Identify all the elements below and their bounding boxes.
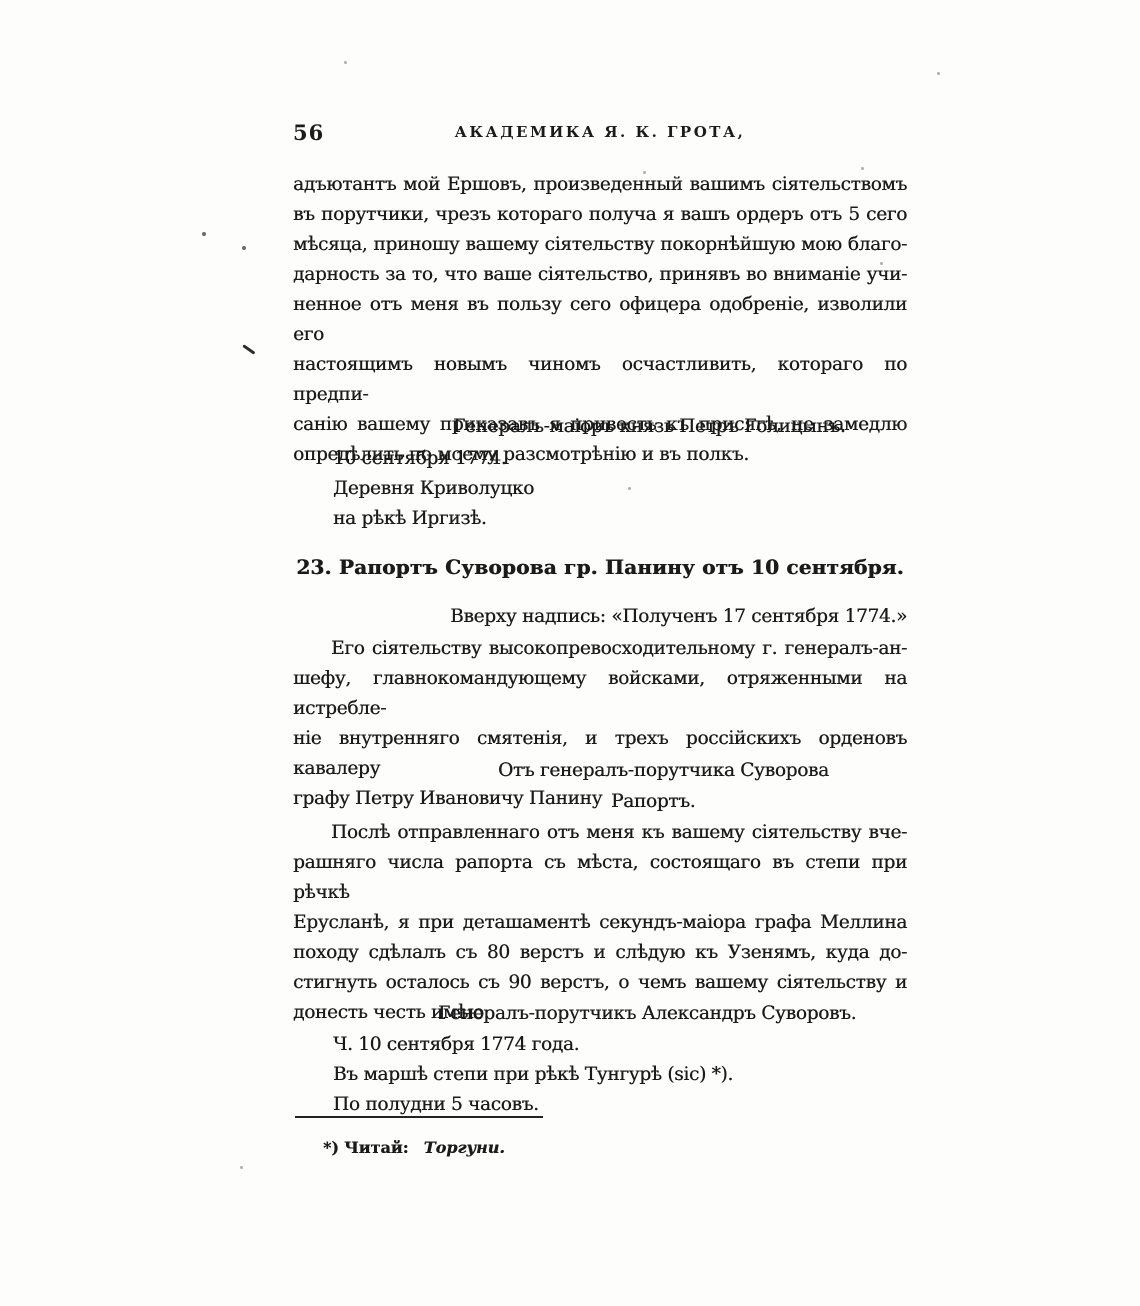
scan-speck [861, 167, 864, 170]
address-line: Его сіятельству высокопревосходительному… [293, 634, 907, 664]
letter-line: настоящимъ новымъ чиномъ осчастливить, к… [293, 350, 907, 410]
scan-speck [937, 72, 940, 75]
report-line: Послѣ отправленнаго отъ меня къ вашему с… [293, 818, 907, 848]
report-line: стигнуть осталось съ 90 верстъ, о чемъ в… [293, 968, 907, 998]
report-line: походу сдѣлалъ съ 80 верстъ и слѣдую къ … [293, 938, 907, 968]
letter-line: адъютантъ мой Ершовъ, произведенный ваши… [293, 170, 907, 200]
letter-line: въ порутчики, чрезъ котораго получа я ва… [293, 200, 907, 230]
footnote: *) Читай: Торгуни. [293, 1136, 907, 1160]
running-header: АКАДЕМИКА Я. К. ГРОТА, [293, 123, 907, 141]
letter-dateline-block: 10 сентября 1774. Деревня Криволуцко на … [293, 444, 907, 534]
report-signature: Генералъ-порутчикъ Александръ Суворовъ. [293, 999, 1052, 1029]
scanned-book-page: 56 АКАДЕМИКА Я. К. ГРОТА, адъютантъ мой … [0, 0, 1140, 1306]
report-from-line: Отъ генералъ-порутчика Суворова [293, 756, 1112, 786]
address-line: шефу, главнокомандующему войсками, отряж… [293, 664, 907, 724]
footnote-marker: *) [293, 1138, 339, 1157]
footnote-label: Читай: [344, 1138, 409, 1157]
page-header: 56 АКАДЕМИКА Я. К. ГРОТА, [293, 120, 907, 148]
report-dateline-block: Ч. 10 сентября 1774 года. Въ маршѣ степи… [293, 1030, 907, 1120]
scan-speck [242, 246, 246, 250]
inscription-line: Вверху надпись: «Полученъ 17 сентября 17… [293, 602, 907, 632]
footnote-rule [295, 1116, 543, 1118]
scan-scratch [243, 344, 256, 354]
letter-line: ненное отъ меня въ пользу сего офицера о… [293, 290, 907, 350]
letter-place-line: на рѣкѣ Иргизѣ. [293, 504, 907, 534]
scan-speck [344, 61, 347, 64]
scan-speck [643, 171, 646, 174]
report-body: Послѣ отправленнаго отъ меня къ вашему с… [293, 818, 907, 1028]
report-line: Ерусланѣ, я при деташаментѣ секундъ-маіо… [293, 908, 907, 938]
footnote-term: Торгуни. [414, 1138, 505, 1157]
report-date-line: Ч. 10 сентября 1774 года. [293, 1030, 907, 1060]
scan-speck [628, 487, 631, 490]
letter-place-line: Деревня Криволуцко [293, 474, 907, 504]
letter-line: мѣсяца, приношу вашему сіятельству покор… [293, 230, 907, 260]
letter-signature: Генералъ-маіоръ князь Петръ Голицынъ. [293, 412, 1067, 442]
scan-speck [202, 232, 206, 236]
letter-date: 10 сентября 1774. [293, 444, 907, 474]
section-heading: 23. Рапортъ Суворова гр. Панину отъ 10 с… [293, 552, 907, 582]
report-title: Рапортъ. [293, 787, 1140, 817]
letter-line: дарность за то, что ваше сіятельство, пр… [293, 260, 907, 290]
scan-speck [880, 262, 883, 265]
report-line: рашняго числа рапорта съ мѣста, состояща… [293, 848, 907, 908]
scan-speck [240, 1166, 243, 1169]
report-place-line: Въ маршѣ степи при рѣкѣ Тунгурѣ (sic) *)… [293, 1060, 907, 1090]
